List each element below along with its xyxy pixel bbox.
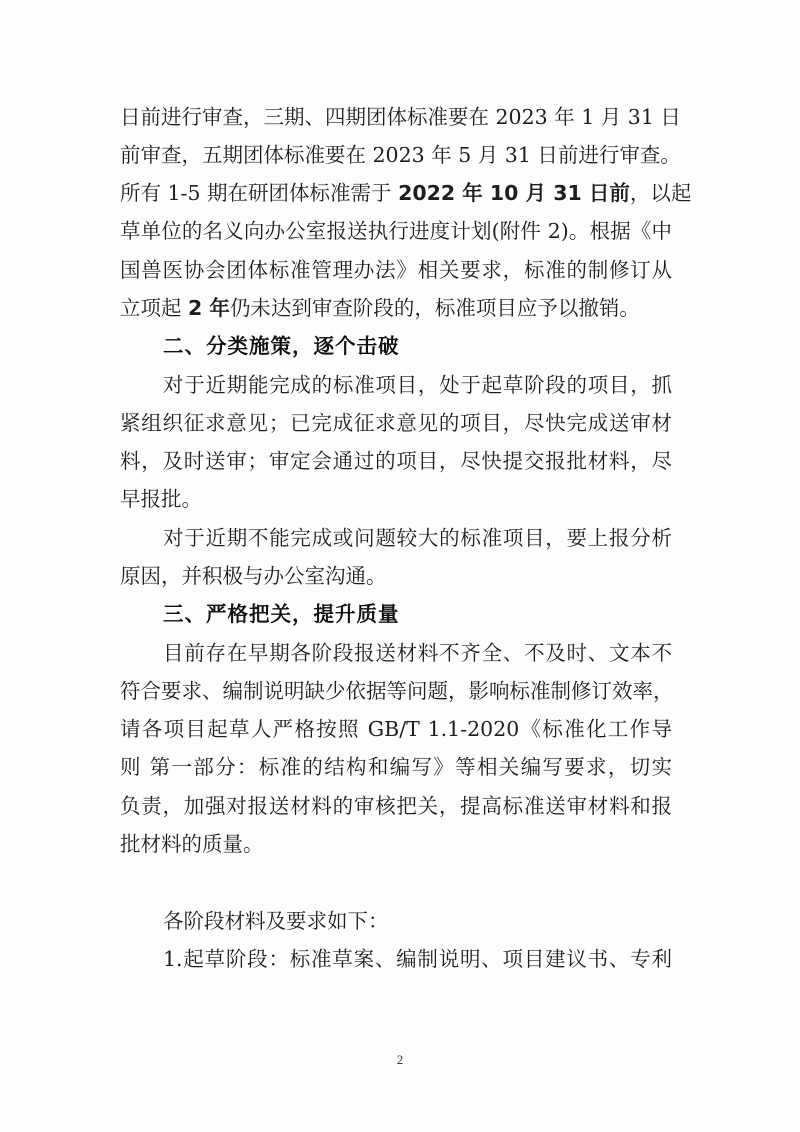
- paragraph-line: 国兽医协会团体标准管理办法》相关要求，标准的制修订从: [120, 255, 672, 285]
- paragraph-line: 负责，加强对报送材料的审核把关，提高标准送审材料和报: [120, 791, 672, 821]
- paragraph-line: 立项起 2 年仍未达到审查阶段的，标准项目应予以撤销。: [120, 293, 672, 323]
- paragraph-line: 原因，并积极与办公室沟通。: [120, 561, 672, 591]
- paragraph-line: 对于近期不能完成或问题较大的标准项目，要上报分析: [163, 523, 672, 553]
- line-text: 所有 1-5 期在研团体标准需于: [120, 181, 398, 205]
- paragraph-line: 批材料的质量。: [120, 829, 672, 859]
- section-heading: 二、分类施策，逐个击破: [163, 331, 672, 361]
- paragraph-line: 早报批。: [120, 484, 672, 514]
- bold-deadline: 2022 年 10 月 31 日前: [398, 181, 630, 205]
- document-page: 日前进行审查，三期、四期团体标准要在 2023 年 1 月 31 日 前审查，五…: [0, 0, 800, 1132]
- paragraph-line: 目前存在早期各阶段报送材料不齐全、不及时、文本不: [163, 638, 672, 668]
- paragraph-line: 前审查，五期团体标准要在 2023 年 5 月 31 日前进行审查。: [120, 140, 672, 170]
- line-text: 仍未达到审查阶段的，标准项目应予以撤销。: [230, 296, 640, 320]
- paragraph-line: 料，及时送审；审定会通过的项目，尽快提交报批材料，尽: [120, 446, 672, 476]
- paragraph-line: 所有 1-5 期在研团体标准需于 2022 年 10 月 31 日前，以起: [120, 178, 672, 208]
- section-heading: 三、严格把关，提升质量: [163, 599, 672, 629]
- paragraph-line: 符合要求、编制说明缺少依据等问题，影响标准制修订效率，: [120, 676, 672, 706]
- paragraph-line: 日前进行审查，三期、四期团体标准要在 2023 年 1 月 31 日: [120, 102, 672, 132]
- page-number: 2: [392, 1052, 408, 1068]
- paragraph-line: 对于近期能完成的标准项目，处于起草阶段的项目，抓: [163, 370, 672, 400]
- paragraph-line: 请各项目起草人严格按照 GB/T 1.1-2020《标准化工作导: [120, 714, 672, 744]
- line-text: 立项起: [120, 296, 188, 320]
- line-text: ，以起: [630, 181, 692, 205]
- list-item: 1.起草阶段：标准草案、编制说明、项目建议书、专利: [163, 944, 672, 974]
- paragraph-line: 则 第一部分：标准的结构和编写》等相关编写要求，切实: [120, 752, 672, 782]
- bold-duration: 2 年: [188, 296, 230, 320]
- paragraph-line: 各阶段材料及要求如下：: [163, 906, 672, 936]
- paragraph-line: 紧组织征求意见；已完成征求意见的项目，尽快完成送审材: [120, 408, 672, 438]
- paragraph-line: 草单位的名义向办公室报送执行进度计划(附件 2)。根据《中: [120, 216, 672, 246]
